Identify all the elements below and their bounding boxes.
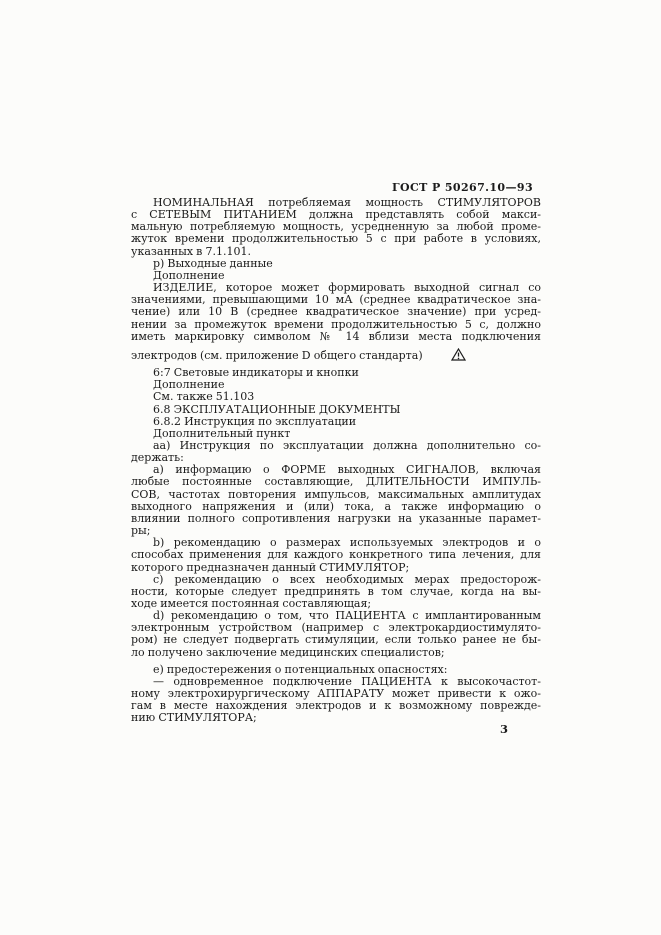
text-line: иметь маркировку символом № 14 вблизи ме… bbox=[131, 331, 541, 343]
text-line: влиянии полного сопротивления нагрузки н… bbox=[131, 513, 541, 525]
text-line: которого предназначен данный СТИМУЛЯТОР; bbox=[131, 562, 541, 574]
text-line: аа) Инструкция по эксплуатации должна до… bbox=[131, 440, 541, 452]
text-line: 6.8.2 Инструкция по эксплуатации bbox=[131, 416, 541, 428]
text-line: способах применения для каждого конкретн… bbox=[131, 549, 541, 561]
text-line: ром) не следует подвергать стимуляции, е… bbox=[131, 634, 541, 646]
text-line: См. также 51.103 bbox=[131, 391, 541, 403]
warning-triangle-icon bbox=[451, 348, 466, 361]
scanned-document-page: ГОСТ Р 50267.10—93 НОМИНАЛЬНАЯ потребляе… bbox=[0, 0, 661, 935]
page-number: 3 bbox=[131, 722, 508, 736]
text-line: СОВ, частотах повторения импульсов, макс… bbox=[131, 489, 541, 501]
text-line: любые постоянные составляющие, ДЛИТЕЛЬНО… bbox=[131, 476, 541, 488]
text-line: жуток времени продолжительностью 5 с при… bbox=[131, 233, 541, 245]
standard-reference-header: ГОСТ Р 50267.10—93 bbox=[131, 181, 533, 194]
text-line: нении за промежуток времени продолжитель… bbox=[131, 319, 541, 331]
text-line: электродов (см. приложение D общего стан… bbox=[131, 348, 541, 362]
text-line: ло получено заключение медицинских специ… bbox=[131, 647, 541, 659]
document-body: НОМИНАЛЬНАЯ потребляемая мощность СТИМУЛ… bbox=[131, 197, 541, 725]
text-line: указанных в 7.1.101. bbox=[131, 246, 541, 258]
text-line: 6.8 ЭКСПЛУАТАЦИОННЫЕ ДОКУМЕНТЫ bbox=[131, 404, 541, 416]
text-line: чение) или 10 В (среднее квадратическое … bbox=[131, 306, 541, 318]
